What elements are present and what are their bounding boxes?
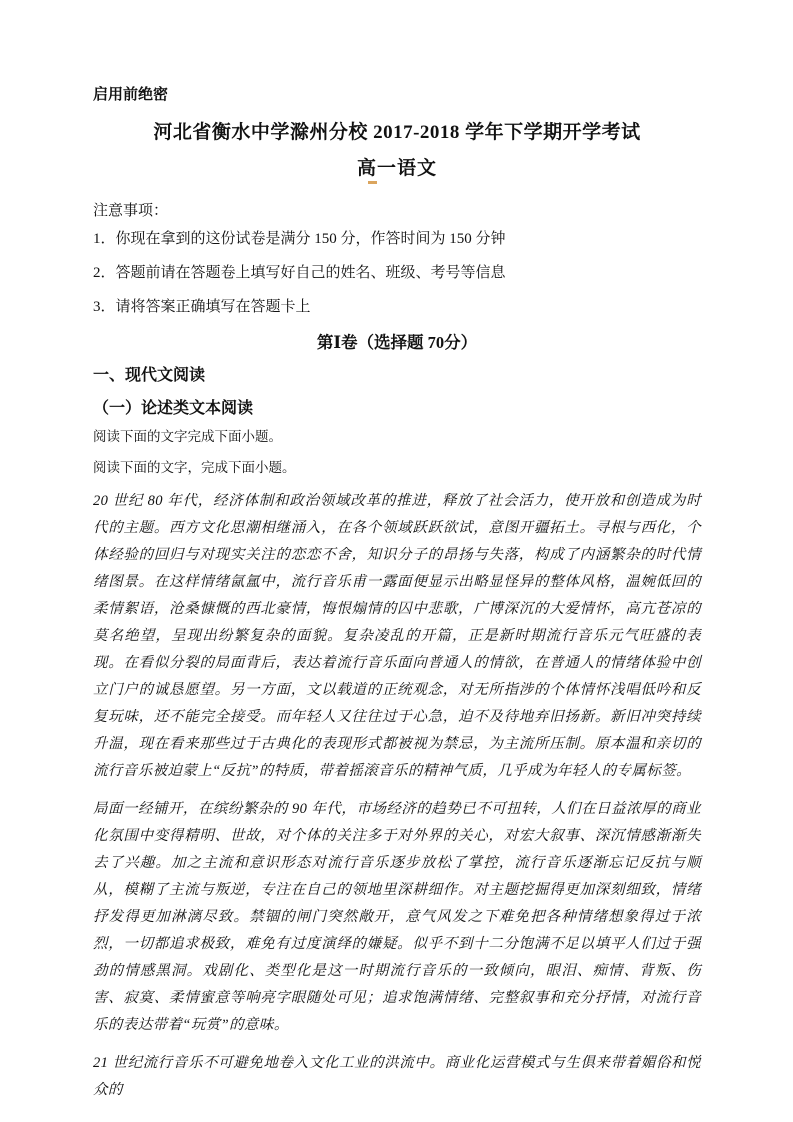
passage-paragraph-2: 局面一经铺开，在缤纷繁杂的 90 年代，市场经济的趋势已不可扭转，人们在日益浓厚… xyxy=(93,796,701,1039)
exam-paper-page: 启用前绝密 河北省衡水中学滁州分校 2017-2018 学年下学期开学考试 高一… xyxy=(0,0,793,1122)
notice-item-2: 2．答题前请在答题卷上填写好自己的姓名、班级、考号等信息 xyxy=(93,264,701,283)
part-1-heading: 第Ⅰ卷（选择题 70分） xyxy=(93,332,701,353)
exam-subtitle-text: 高一语文 xyxy=(357,158,437,179)
spellcheck-underline-mark xyxy=(368,181,377,184)
reading-prompt-1: 阅读下面的文字完成下面小题。 xyxy=(93,424,701,450)
passage-paragraph-3: 21 世纪流行音乐不可避免地卷入文化工业的洪流中。商业化运营模式与生俱来带着媚俗… xyxy=(93,1050,701,1104)
exam-title: 河北省衡水中学滁州分校 2017-2018 学年下学期开学考试 xyxy=(93,121,701,145)
section-heading-modern-reading: 一、现代文阅读 xyxy=(93,366,701,386)
notice-heading: 注意事项： xyxy=(93,202,701,221)
reading-passage: 20 世纪 80 年代，经济体制和政治领域改革的推进，释放了社会活力，使开放和创… xyxy=(93,488,701,1104)
notice-list: 1．你现在拿到的这份试卷是满分 150 分，作答时间为 150 分钟 2．答题前… xyxy=(93,230,701,317)
subsection-heading-argumentative-text: （一）论述类文本阅读 xyxy=(93,399,701,419)
exam-subtitle: 高一语文 xyxy=(93,157,701,181)
classification-label: 启用前绝密 xyxy=(93,86,701,104)
notice-item-3: 3．请将答案正确填写在答题卡上 xyxy=(93,298,701,317)
reading-prompt-2: 阅读下面的文字，完成下面小题。 xyxy=(93,455,701,481)
notice-item-1: 1．你现在拿到的这份试卷是满分 150 分，作答时间为 150 分钟 xyxy=(93,230,701,249)
passage-paragraph-1: 20 世纪 80 年代，经济体制和政治领域改革的推进，释放了社会活力，使开放和创… xyxy=(93,488,701,785)
